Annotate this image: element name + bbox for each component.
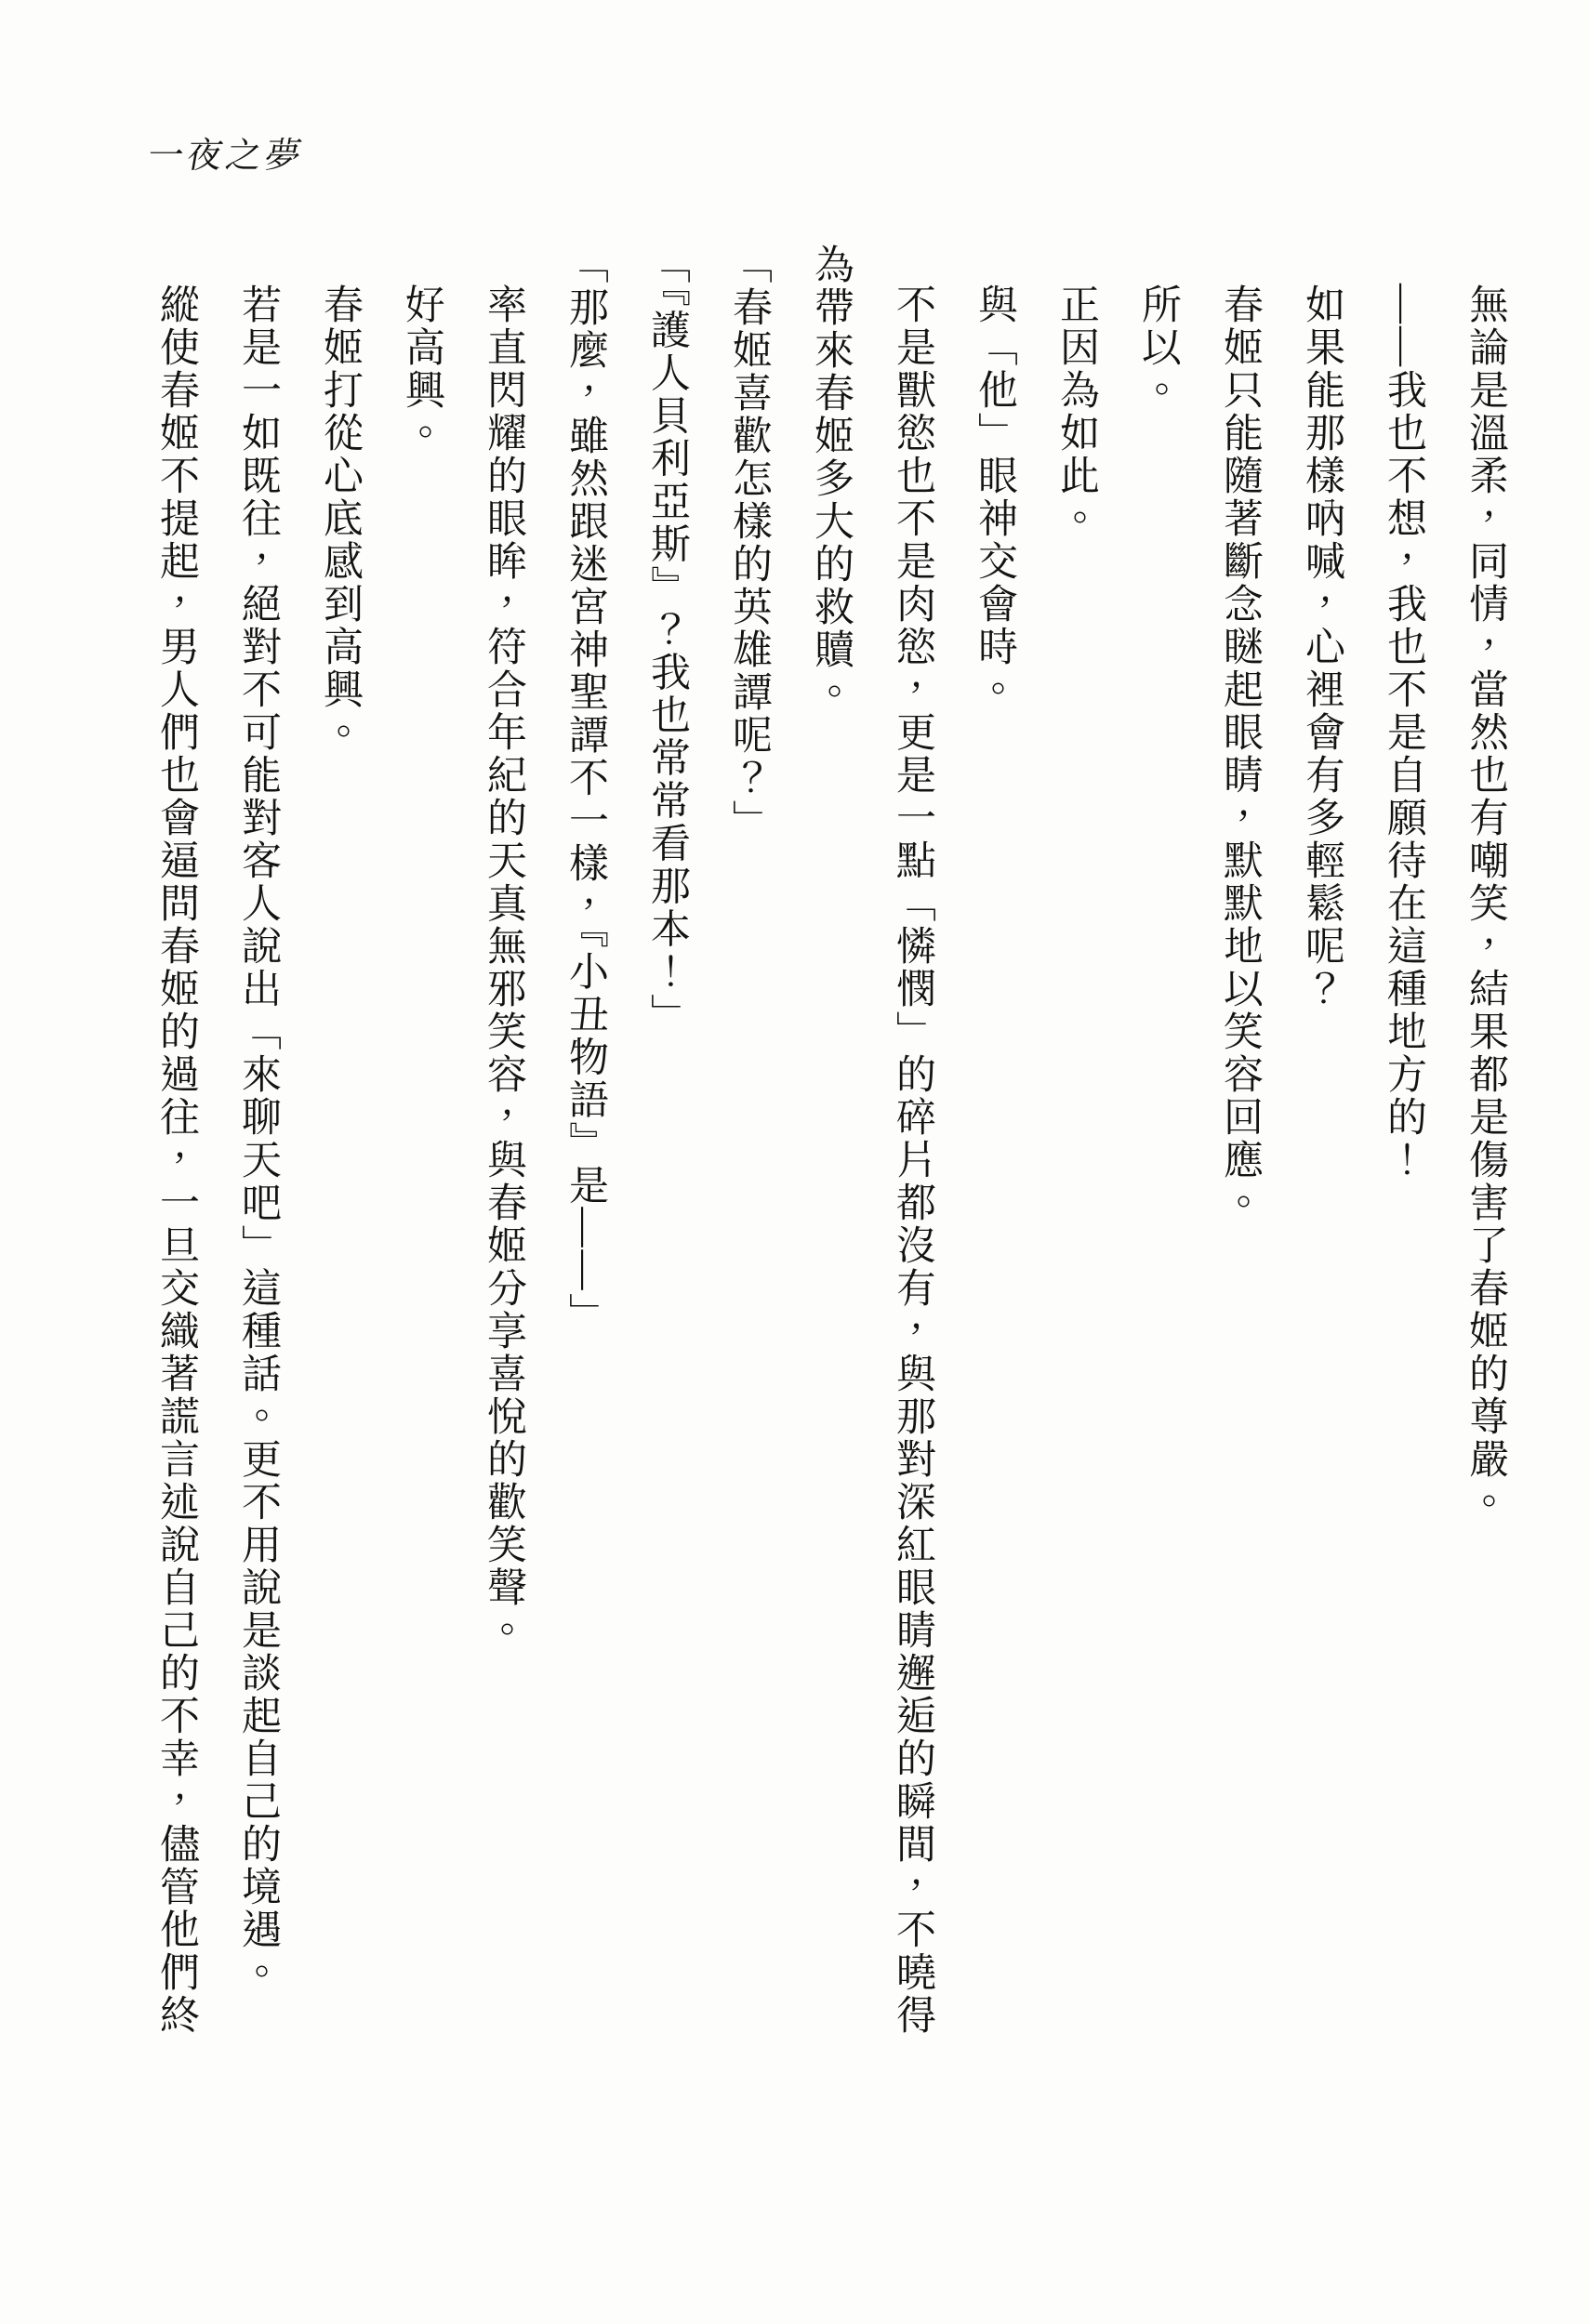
paragraph: 春姬只能隨著斷念瞇起眼睛，默默地以笑容回應。 [1198, 244, 1280, 2041]
book-page: 一夜之夢 無論是溫柔，同情，當然也有嘲笑，結果都是傷害了春姬的尊嚴。——我也不想… [0, 0, 1589, 2324]
paragraph: 「春姬喜歡怎樣的英雄譚呢？」 [708, 244, 789, 2041]
page-header-title: 一夜之夢 [144, 126, 310, 178]
body-text-block: 無論是溫柔，同情，當然也有嘲笑，結果都是傷害了春姬的尊嚴。——我也不想，我也不是… [135, 244, 1526, 2041]
paragraph: 不是獸慾也不是肉慾，更是一點「憐憫」的碎片都沒有，與那對深紅眼睛邂逅的瞬間，不曉… [789, 244, 953, 2041]
paragraph: 春姬打從心底感到高興。 [298, 244, 380, 2041]
paragraph: 好高興。 [380, 244, 462, 2041]
paragraph: 若是一如既往，絕對不可能對客人說出「來聊天吧」這種話。更不用說是談起自己的境遇。 [217, 244, 298, 2041]
paragraph: 正因為如此。 [1035, 244, 1117, 2041]
paragraph: 「那麼，雖然跟迷宮神聖譚不一樣，『小丑物語』是——」 [544, 244, 626, 2041]
paragraph: 縱使春姬不提起，男人們也會逼問春姬的過往，一旦交織著謊言述說自己的不幸，儘管他們… [135, 244, 217, 2041]
paragraph: ——我也不想，我也不是自願待在這種地方的！ [1362, 244, 1444, 2041]
paragraph: 與「他」眼神交會時。 [953, 244, 1035, 2041]
paragraph: 所以。 [1117, 244, 1198, 2041]
paragraph: 無論是溫柔，同情，當然也有嘲笑，結果都是傷害了春姬的尊嚴。 [1444, 244, 1526, 2041]
paragraph: 如果能那樣吶喊，心裡會有多輕鬆呢？ [1280, 244, 1362, 2041]
paragraph: 「『護人貝利亞斯』？我也常常看那本！」 [626, 244, 708, 2041]
paragraph: 率直閃耀的眼眸，符合年紀的天真無邪笑容，與春姬分享喜悅的歡笑聲。 [462, 244, 544, 2041]
